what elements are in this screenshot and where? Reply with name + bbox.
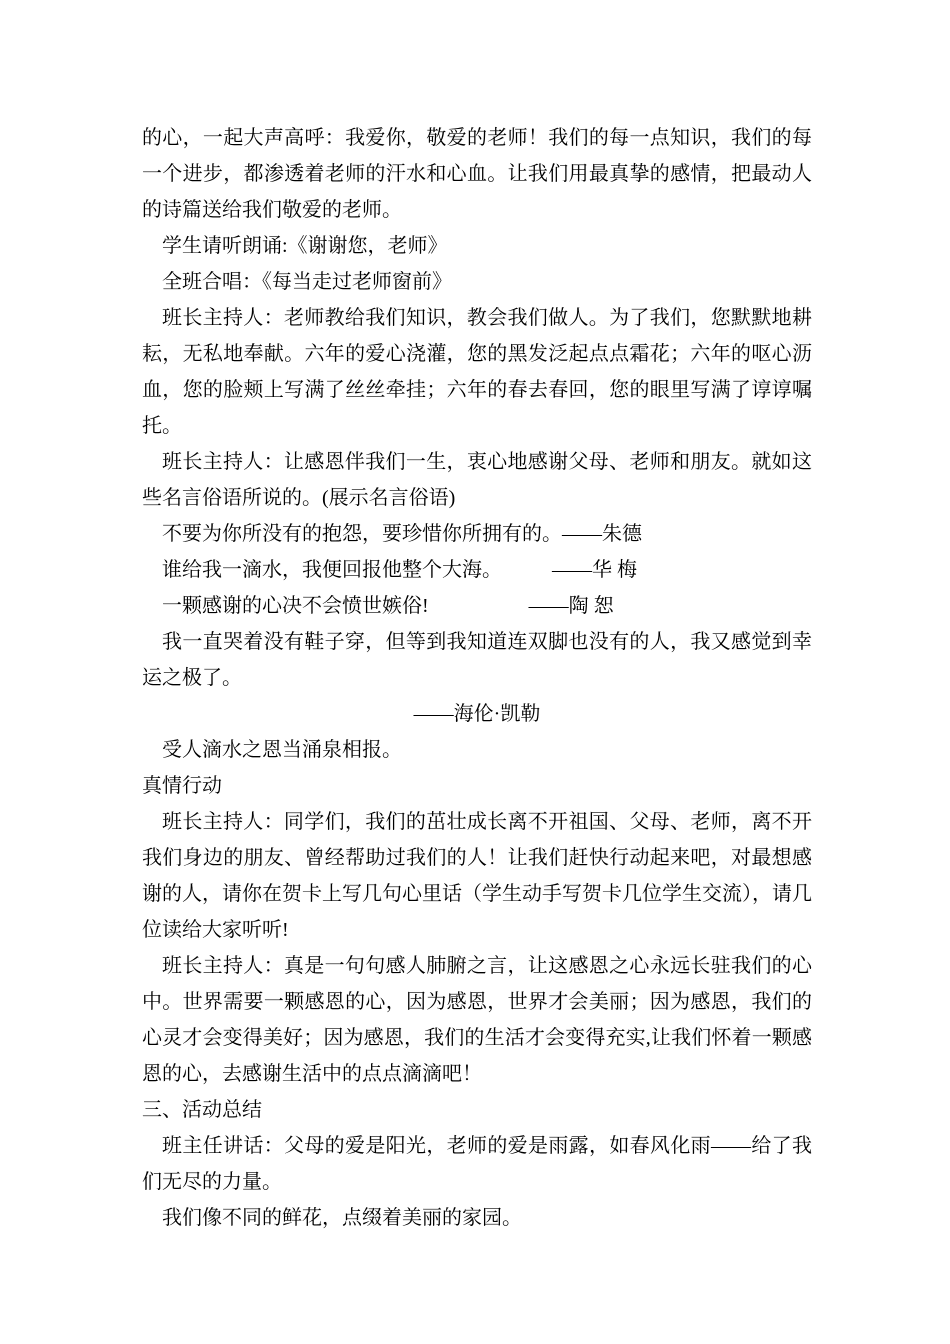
paragraph-host-summary: 班长主持人：真是一句句感人肺腑之言，让这感恩之心永远长驻我们的心中。世界需要一颗…: [142, 948, 812, 1092]
paragraph-host-teacher-praise: 班长主持人：老师教给我们知识，教会我们做人。为了我们，您默默地耕耘，无私地奉献。…: [142, 300, 812, 444]
line-class-chorus: 全班合唱：《每当走过老师窗前》: [142, 264, 812, 300]
document-page: 的心，一起大声高呼：我爱你，敬爱的老师！我们的每一点知识，我们的每一个进步，都渗…: [0, 0, 950, 1344]
line-recitation-program: 学生请听朗诵:《谢谢您，老师》: [142, 228, 812, 264]
paragraph-teacher-tribute-continuation: 的心，一起大声高呼：我爱你，敬爱的老师！我们的每一点知识，我们的每一个进步，都渗…: [142, 120, 812, 228]
line-flowers-metaphor: 我们像不同的鲜花，点缀着美丽的家园。: [142, 1200, 812, 1236]
line-proverb-repay-kindness: 受人滴水之恩当涌泉相报。: [142, 732, 812, 768]
quote-zhu-de: 不要为你所没有的抱怨，要珍惜你所拥有的。——朱德: [142, 516, 812, 552]
paragraph-host-gratitude-intro: 班长主持人：让感恩伴我们一生，衷心地感谢父母、老师和朋友。就如这些名言俗语所说的…: [142, 444, 812, 516]
heading-sincere-action-section: 真情行动: [142, 768, 812, 804]
paragraph-headteacher-speech: 班主任讲话：父母的爱是阳光，老师的爱是雨露，如春风化雨——给了我们无尽的力量。: [142, 1128, 812, 1200]
paragraph-host-action-call: 班长主持人：同学们，我们的茁壮成长离不开祖国、父母、老师，离不开我们身边的朋友、…: [142, 804, 812, 948]
quote-hua-mei: 谁给我一滴水，我便回报他整个大海。 ——华 梅: [142, 552, 812, 588]
quote-tao-shu: 一颗感谢的心决不会愤世嫉俗! ——陶 恕: [142, 588, 812, 624]
heading-activity-summary: 三、活动总结: [142, 1092, 812, 1128]
quote-helen-keller-text: 我一直哭着没有鞋子穿，但等到我知道连双脚也没有的人，我又感觉到幸运之极了。: [142, 624, 812, 696]
quote-helen-keller-attribution: ——海伦·凯勒: [142, 696, 812, 732]
